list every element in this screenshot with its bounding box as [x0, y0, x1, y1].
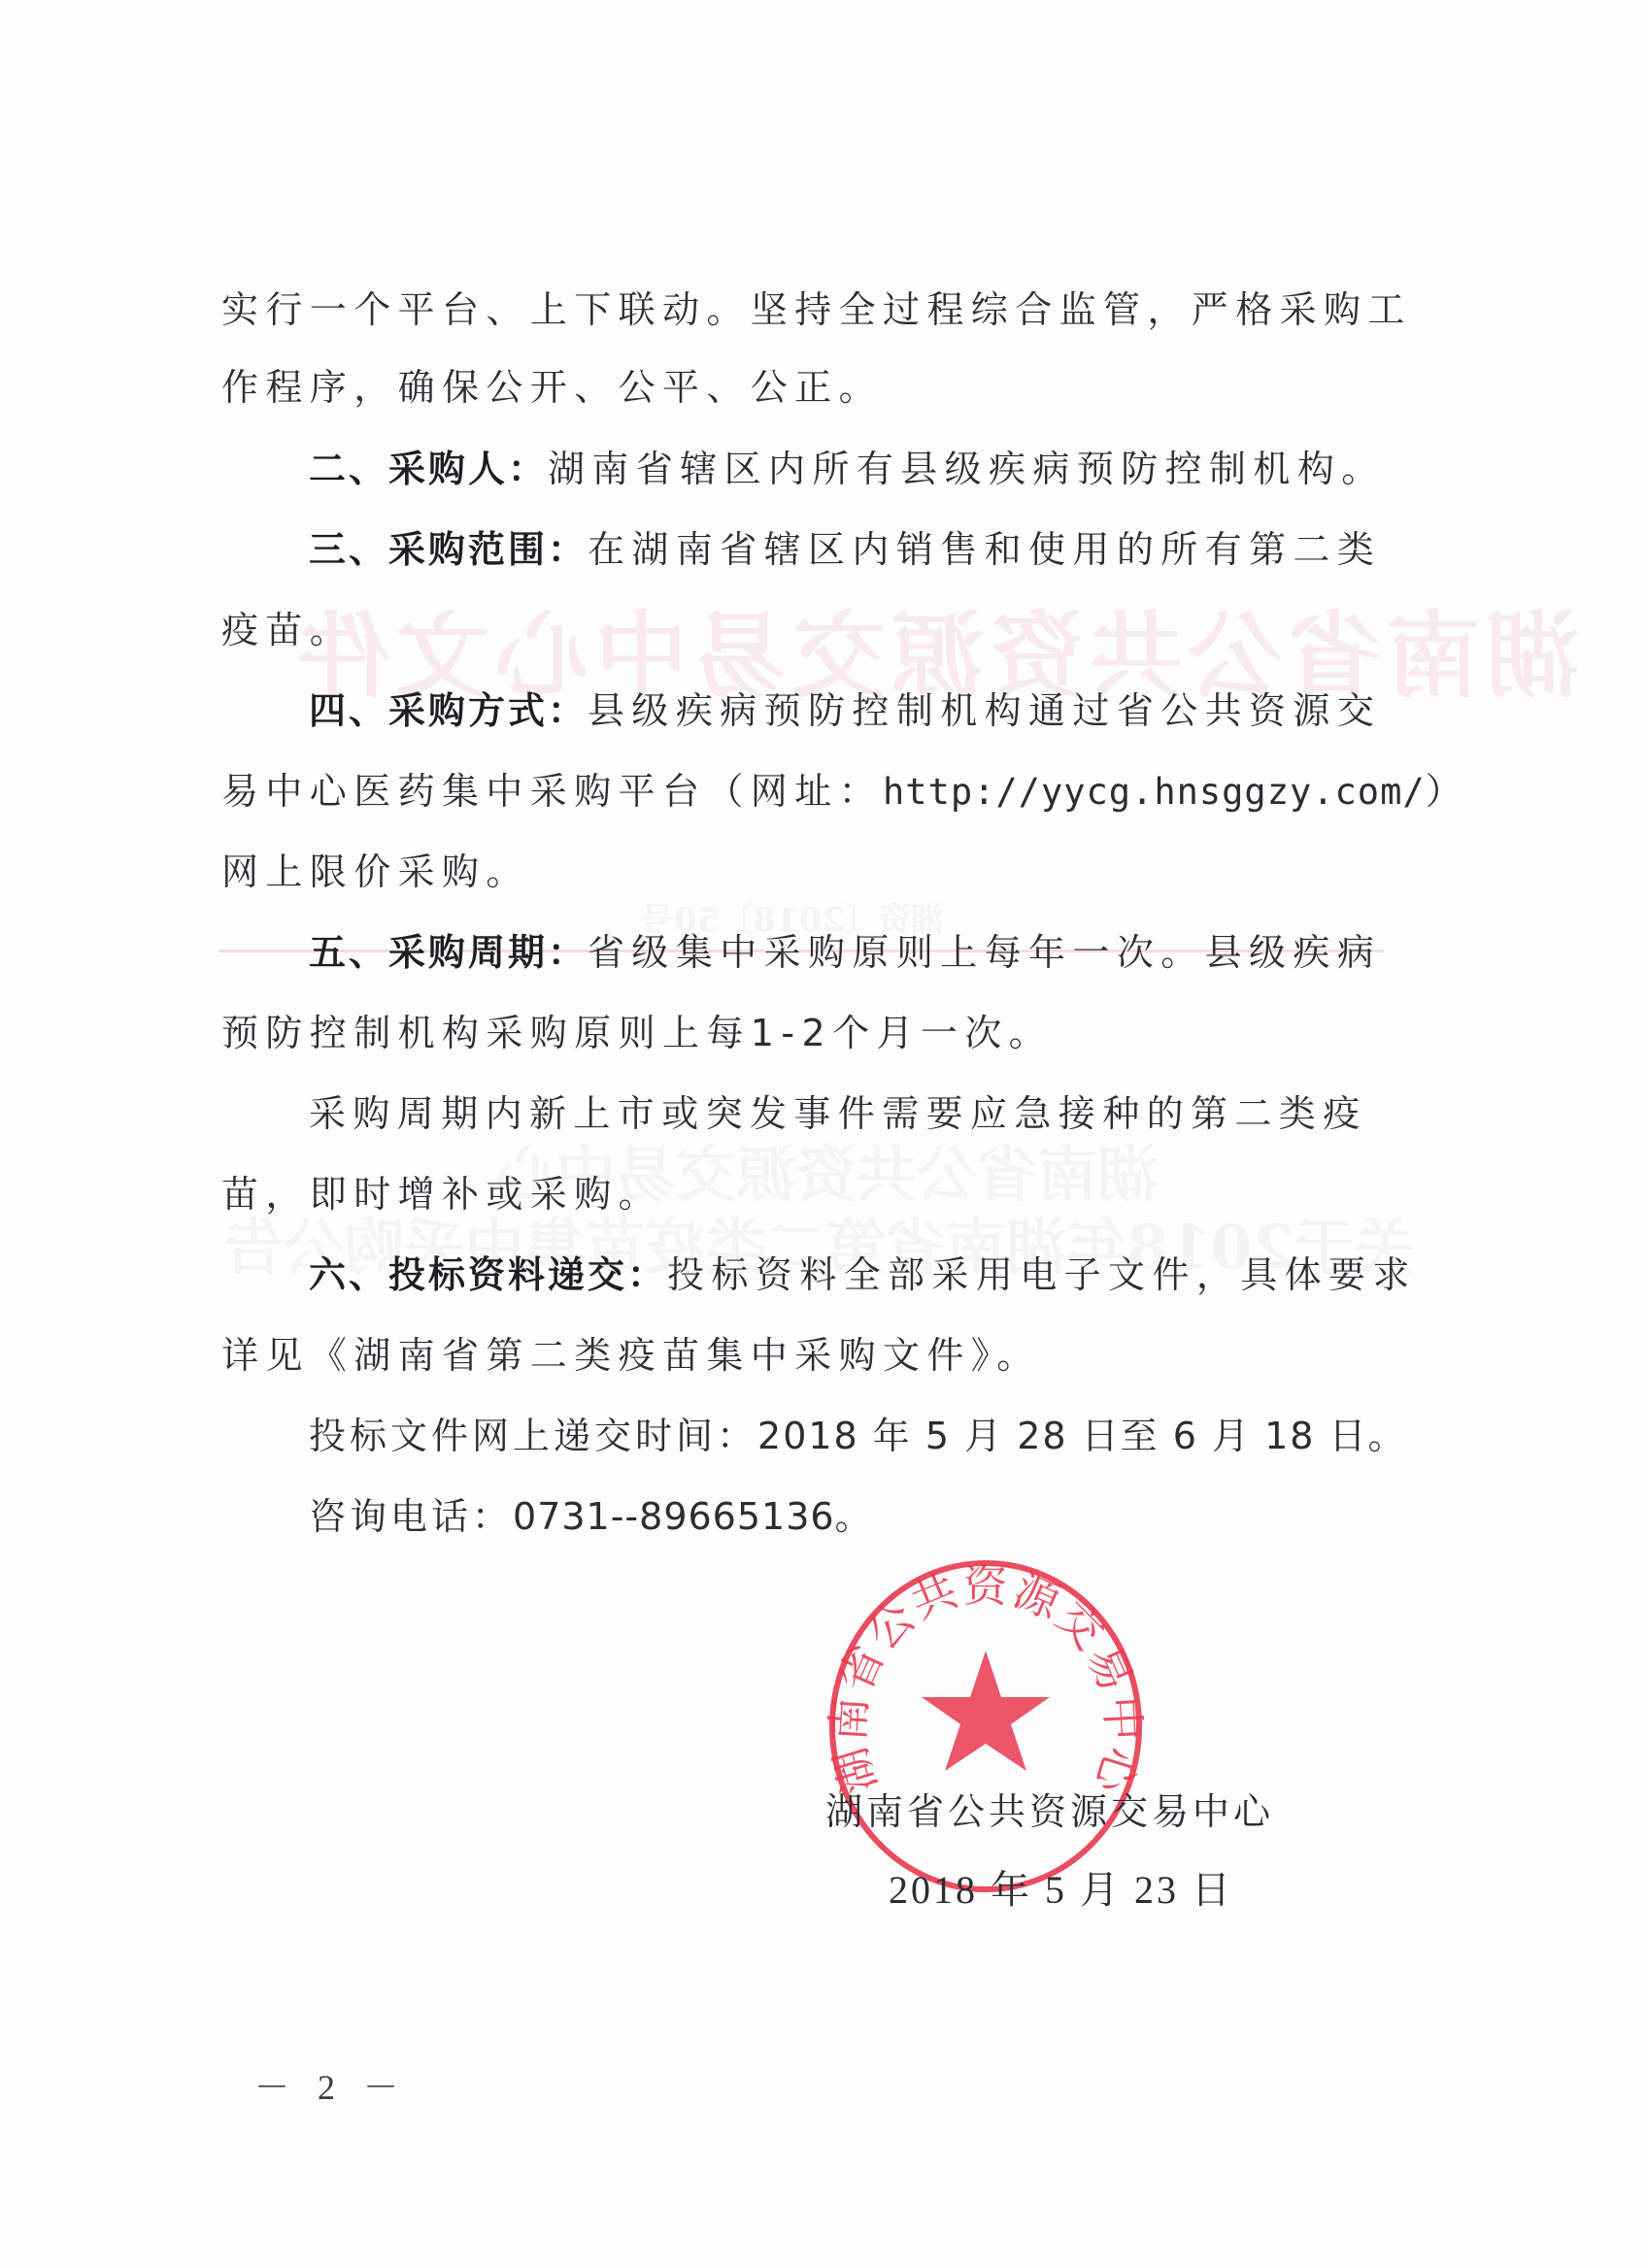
contact-phone: 咨询电话：0731--89665136。 — [309, 1498, 873, 1535]
paragraph-line: 网上限价采购。 — [221, 853, 530, 890]
paragraph-line: 详见《湖南省第二类疫苗集中采购文件》。 — [221, 1337, 1041, 1374]
section-method: 四、采购方式：县级疾病预防控制机构通过省公共资源交 — [309, 692, 1381, 729]
platform-url-link[interactable]: http://yycg.hnsggzy.com/ — [883, 771, 1426, 813]
section-heading: 四、采购方式： — [309, 689, 588, 732]
paragraph-line: 苗，即时增补或采购。 — [221, 1176, 662, 1213]
section-cycle: 五、采购周期：省级集中采购原则上每年一次。县级疾病 — [309, 934, 1381, 971]
paragraph-line: 易中心医药集中采购平台（网址：http://yycg.hnsggzy.com/） — [221, 773, 1469, 810]
section-text: 在湖南省辖区内销售和使用的所有第二类 — [588, 528, 1381, 571]
paragraph-line: 采购周期内新上市或突发事件需要应急接种的第二类疫 — [309, 1095, 1367, 1132]
submission-time-label: 投标文件网上递交时间： — [309, 1415, 757, 1457]
section-text: 投标资料全部采用电子文件，具体要求 — [667, 1253, 1417, 1296]
section-text: 易中心医药集中采购平台（网址： — [221, 770, 883, 813]
url-close-paren: ） — [1426, 770, 1469, 813]
paragraph-line: 实行一个平台、上下联动。坚持全过程综合监管，严格采购工 — [221, 291, 1412, 328]
section-scope: 三、采购范围：在湖南省辖区内销售和使用的所有第二类 — [309, 531, 1381, 568]
contact-value: 0731--89665136。 — [513, 1495, 873, 1538]
star-icon — [922, 1651, 1050, 1771]
section-text: 县级疾病预防控制机构通过省公共资源交 — [588, 689, 1381, 732]
paragraph-line: 预防控制机构采购原则上每1-2个月一次。 — [221, 1015, 1053, 1051]
section-text: 湖南省辖区内所有县级疾病预防控制机构。 — [548, 448, 1386, 490]
signing-date: 2018 年 5 月 23 日 — [889, 1859, 1233, 1915]
contact-label: 咨询电话： — [309, 1495, 513, 1538]
section-heading: 二、采购人： — [309, 448, 548, 490]
official-seal: 湖南省公共资源交易中心 — [821, 1553, 1151, 1898]
submission-time-value: 2018 年 5 月 28 日至 6 月 18 日。 — [757, 1415, 1406, 1457]
section-purchaser: 二、采购人：湖南省辖区内所有县级疾病预防控制机构。 — [309, 450, 1386, 487]
paragraph-line: 疫苗。 — [221, 612, 353, 649]
section-heading: 六、投标资料递交： — [309, 1253, 667, 1296]
paragraph-line: 作程序，确保公开、公平、公正。 — [221, 369, 883, 406]
section-text: 省级集中采购原则上每年一次。县级疾病 — [588, 931, 1381, 974]
page-number: － 2 － — [254, 2060, 408, 2110]
document-page: 湖南省公共资源交易中心文件 湘资〔2018〕50号 湖南省公共资源交易中心 关于… — [0, 0, 1647, 2268]
section-heading: 三、采购范围： — [309, 528, 588, 571]
section-heading: 五、采购周期： — [309, 931, 588, 974]
submission-time: 投标文件网上递交时间：2018 年 5 月 28 日至 6 月 18 日。 — [309, 1417, 1407, 1454]
section-submission: 六、投标资料递交：投标资料全部采用电子文件，具体要求 — [309, 1256, 1417, 1293]
signing-organization: 湖南省公共资源交易中心 — [825, 1782, 1274, 1835]
